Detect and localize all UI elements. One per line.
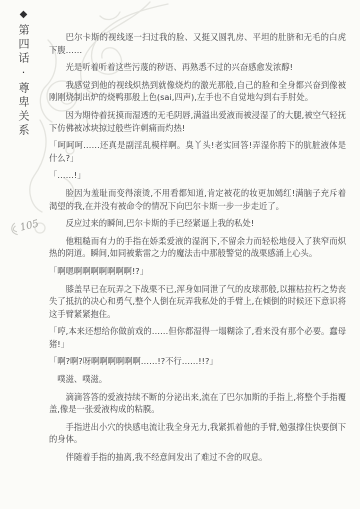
dialogue-paragraph: 「呵呵呵……还真是副淫乱模样啊。臭丫头!老实回答!弄湿你胯下的肮脏液体是什么?」 — [49, 139, 346, 164]
paragraph: 巴尔卡斯的视线逐一扫过我的脸、又挺又圆乳房、平坦的肚脐和无毛的白虎下腹…… — [49, 31, 346, 56]
dialogue-paragraph: 「啊嗯啊啊啊啊啊啊啊!?」 — [49, 265, 346, 278]
dialogue-paragraph: 「……!」 — [49, 169, 346, 182]
paragraph: 他粗糙而有力的手指在娇柔爱液的湿润下,不留余力而轻松地侵入了狭窄而炽热的阴道。瞬… — [49, 235, 346, 260]
paragraph: 我感觉到他的视线炽热到就像烧灼的激光那般,自己的脸和全身都兴奋到像被刚刚烧制出炉… — [49, 79, 346, 104]
paragraph: 手指进出小穴的快感电流让我全身无力,我紧抓着他的手臂,勉强撑住快要倒下的身体。 — [49, 421, 346, 446]
folio-flourish-icon — [7, 222, 20, 238]
book-page: ◆第四话·尊卑关系 105 巴尔卡斯的视线逐一扫过我的脸、又挺又圆乳房、平坦的肚… — [0, 0, 360, 509]
paragraph: 伴随着手指的抽离,我不经意间发出了难过不舍的叹息。 — [49, 451, 346, 464]
page-number-text: 105 — [19, 218, 40, 233]
sfx-paragraph: 噗滋、噗滋。 — [49, 373, 346, 386]
paragraph: 膝盖早已在玩弄之下战栗不已,浑身如同泄了气的皮球那般,以摧枯拉朽之势丧失了抵抗的… — [49, 283, 346, 321]
paragraph: 脸因为羞耻而变得滚烫,不用看都知道,肯定被花的妆更加嫣红!满脑子充斥着渴望的我,… — [49, 187, 346, 212]
paragraph: 滴滴答答的爱液持续不断的分泌出来,流在了巴尔加斯的手指上,将整个手指覆盖,像是一… — [49, 391, 346, 416]
paragraph: 因为期待着抚摸而湿透的无毛阴唇,满溢出爱液而被浸湿了的大腿,被空气轻抚下仿佛被冰… — [49, 109, 346, 134]
dialogue-paragraph: 「啊?啊?呀啊啊啊啊啊啊……!?不行……!!?」 — [49, 355, 346, 368]
dialogue-paragraph: 「哼,本来还想给你做前戏的……但你都湿得一塌糊涂了,看来没有那个必要。蠢母猪!」 — [49, 325, 346, 350]
diamond-icon: ◆ — [18, 9, 29, 24]
paragraph: 反应过来的瞬间,巴尔卡斯的手已经紧逼上我的私处! — [49, 217, 346, 230]
chapter-title-text: 第四话·尊卑关系 — [17, 24, 30, 138]
chapter-title-vertical: ◆第四话·尊卑关系 — [15, 9, 31, 138]
paragraph: 光是听着听着这些污蔑的秽语、再熟悉不过的兴奋感愈发浓醇! — [49, 61, 346, 74]
page-number: 105 — [7, 216, 41, 237]
text-column: 巴尔卡斯的视线逐一扫过我的脸、又挺又圆乳房、平坦的肚脐和无毛的白虎下腹…… 光是… — [49, 31, 346, 469]
